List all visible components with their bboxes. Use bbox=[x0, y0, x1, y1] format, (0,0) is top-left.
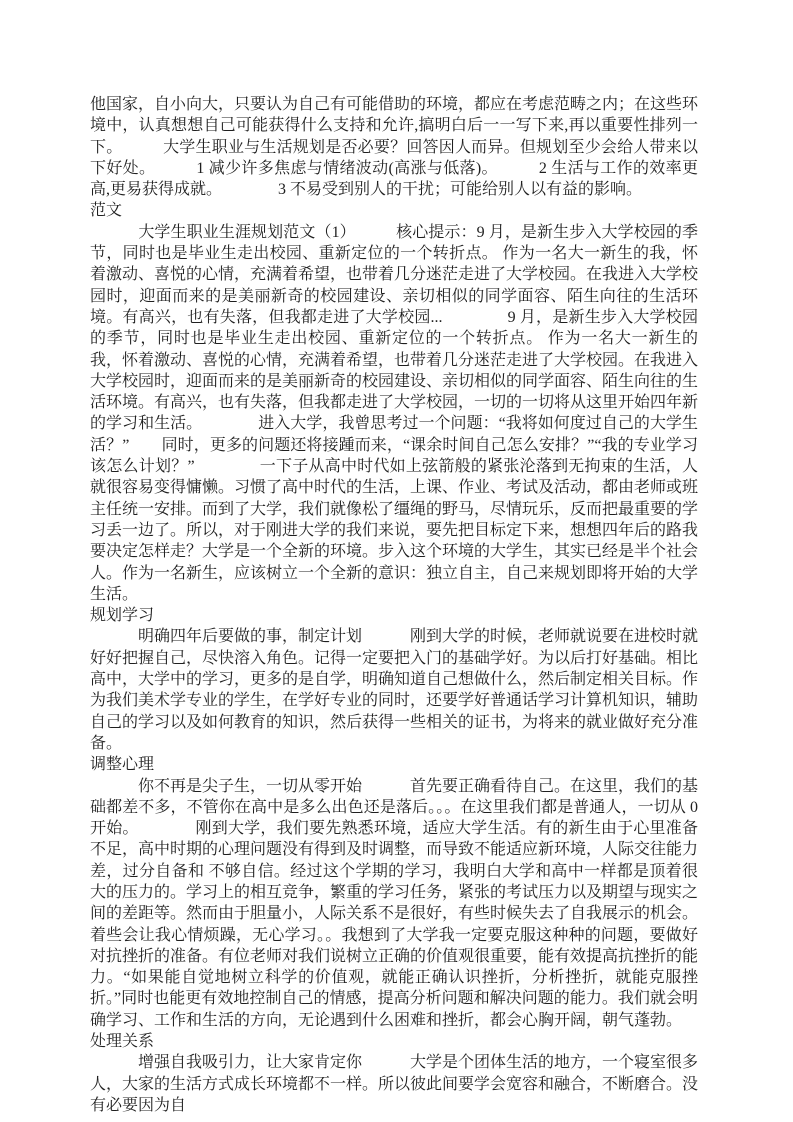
paragraph-plan-study: 明确四年后要做的事，制定计划 刚到大学的时候，老师就说要在进校时就好好把握自己，… bbox=[90, 626, 698, 754]
document-page: 他国家，自小向大，只要认为自己有可能借助的环境，都应在考虑范畴之内；在这些环境中… bbox=[0, 0, 793, 1122]
section-heading-adjust-mindset: 调整心理 bbox=[90, 754, 698, 775]
paragraph-sample-essay-intro: 大学生职业生涯规划范文（1） 核心提示：9 月，是新生步入大学校园的季节，同时也… bbox=[90, 222, 698, 605]
section-heading-plan-study: 规划学习 bbox=[90, 605, 698, 626]
section-heading-sample-essay: 范文 bbox=[90, 200, 698, 221]
paragraph-adjust-mindset: 你不再是尖子生，一切从零开始 首先要正确看待自己。在这里，我们的基础都差不多，不… bbox=[90, 776, 698, 1032]
document-body: 他国家，自小向大，只要认为自己有可能借助的环境，都应在考虑范畴之内；在这些环境中… bbox=[90, 94, 698, 1116]
paragraph-handle-relationships: 增强自我吸引力，让大家肯定你 大学是个团体生活的地方，一个寝室很多人，大家的生活… bbox=[90, 1052, 698, 1116]
paragraph-planning-necessity: 他国家，自小向大，只要认为自己有可能借助的环境，都应在考虑范畴之内；在这些环境中… bbox=[90, 94, 698, 200]
section-heading-handle-relationships: 处理关系 bbox=[90, 1031, 698, 1052]
